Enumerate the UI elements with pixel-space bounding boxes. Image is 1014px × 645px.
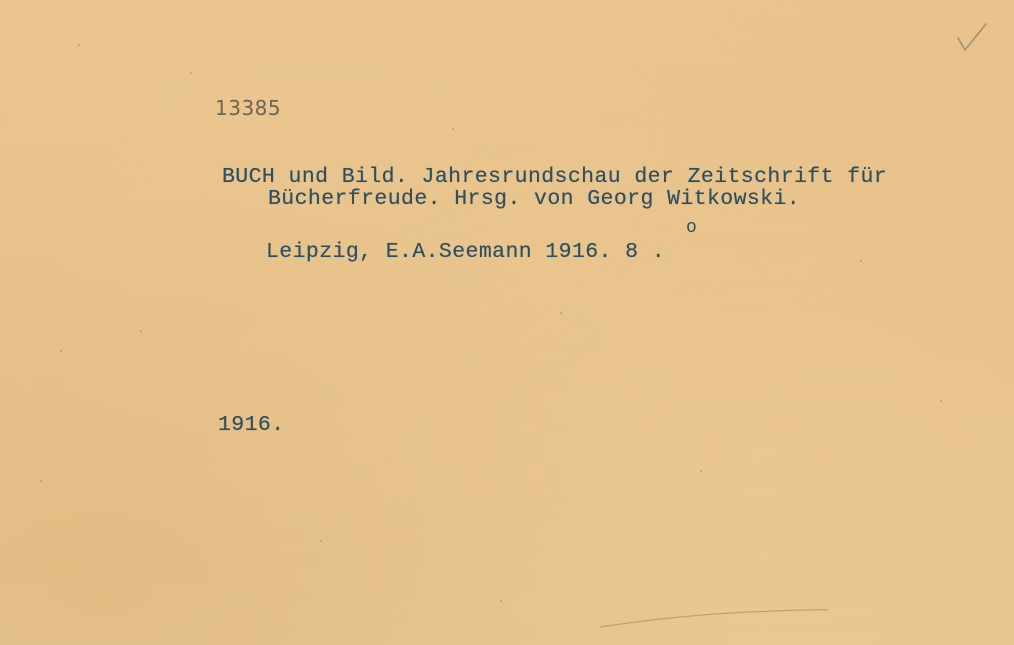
paper-speck <box>60 350 62 352</box>
paper-speck <box>190 72 192 74</box>
title-line-2: Bücherfreude. Hrsg. von Georg Witkowski. <box>268 187 800 211</box>
paper-speck <box>140 330 142 332</box>
paper-speck <box>78 44 80 46</box>
paper-speck <box>320 540 322 542</box>
year-note: 1916. <box>218 413 285 437</box>
paper-speck <box>40 480 42 482</box>
pencil-stroke-mark <box>590 600 830 630</box>
paper-speck <box>700 470 702 472</box>
checkmark-icon <box>955 20 989 54</box>
title-line-1: BUCH und Bild. Jahresrundschau der Zeits… <box>222 165 887 189</box>
imprint-line: Leipzig, E.A.Seemann 1916. 8 . <box>266 240 665 264</box>
format-superscript: o <box>686 218 697 238</box>
paper-speck <box>500 600 502 602</box>
paper-speck <box>560 312 562 314</box>
paper-speck <box>940 400 942 402</box>
paper-speck <box>860 260 862 262</box>
paper-speck <box>452 128 454 130</box>
catalog-card: 13385 BUCH und Bild. Jahresrundschau der… <box>0 0 1014 645</box>
accession-number: 13385 <box>215 96 281 120</box>
